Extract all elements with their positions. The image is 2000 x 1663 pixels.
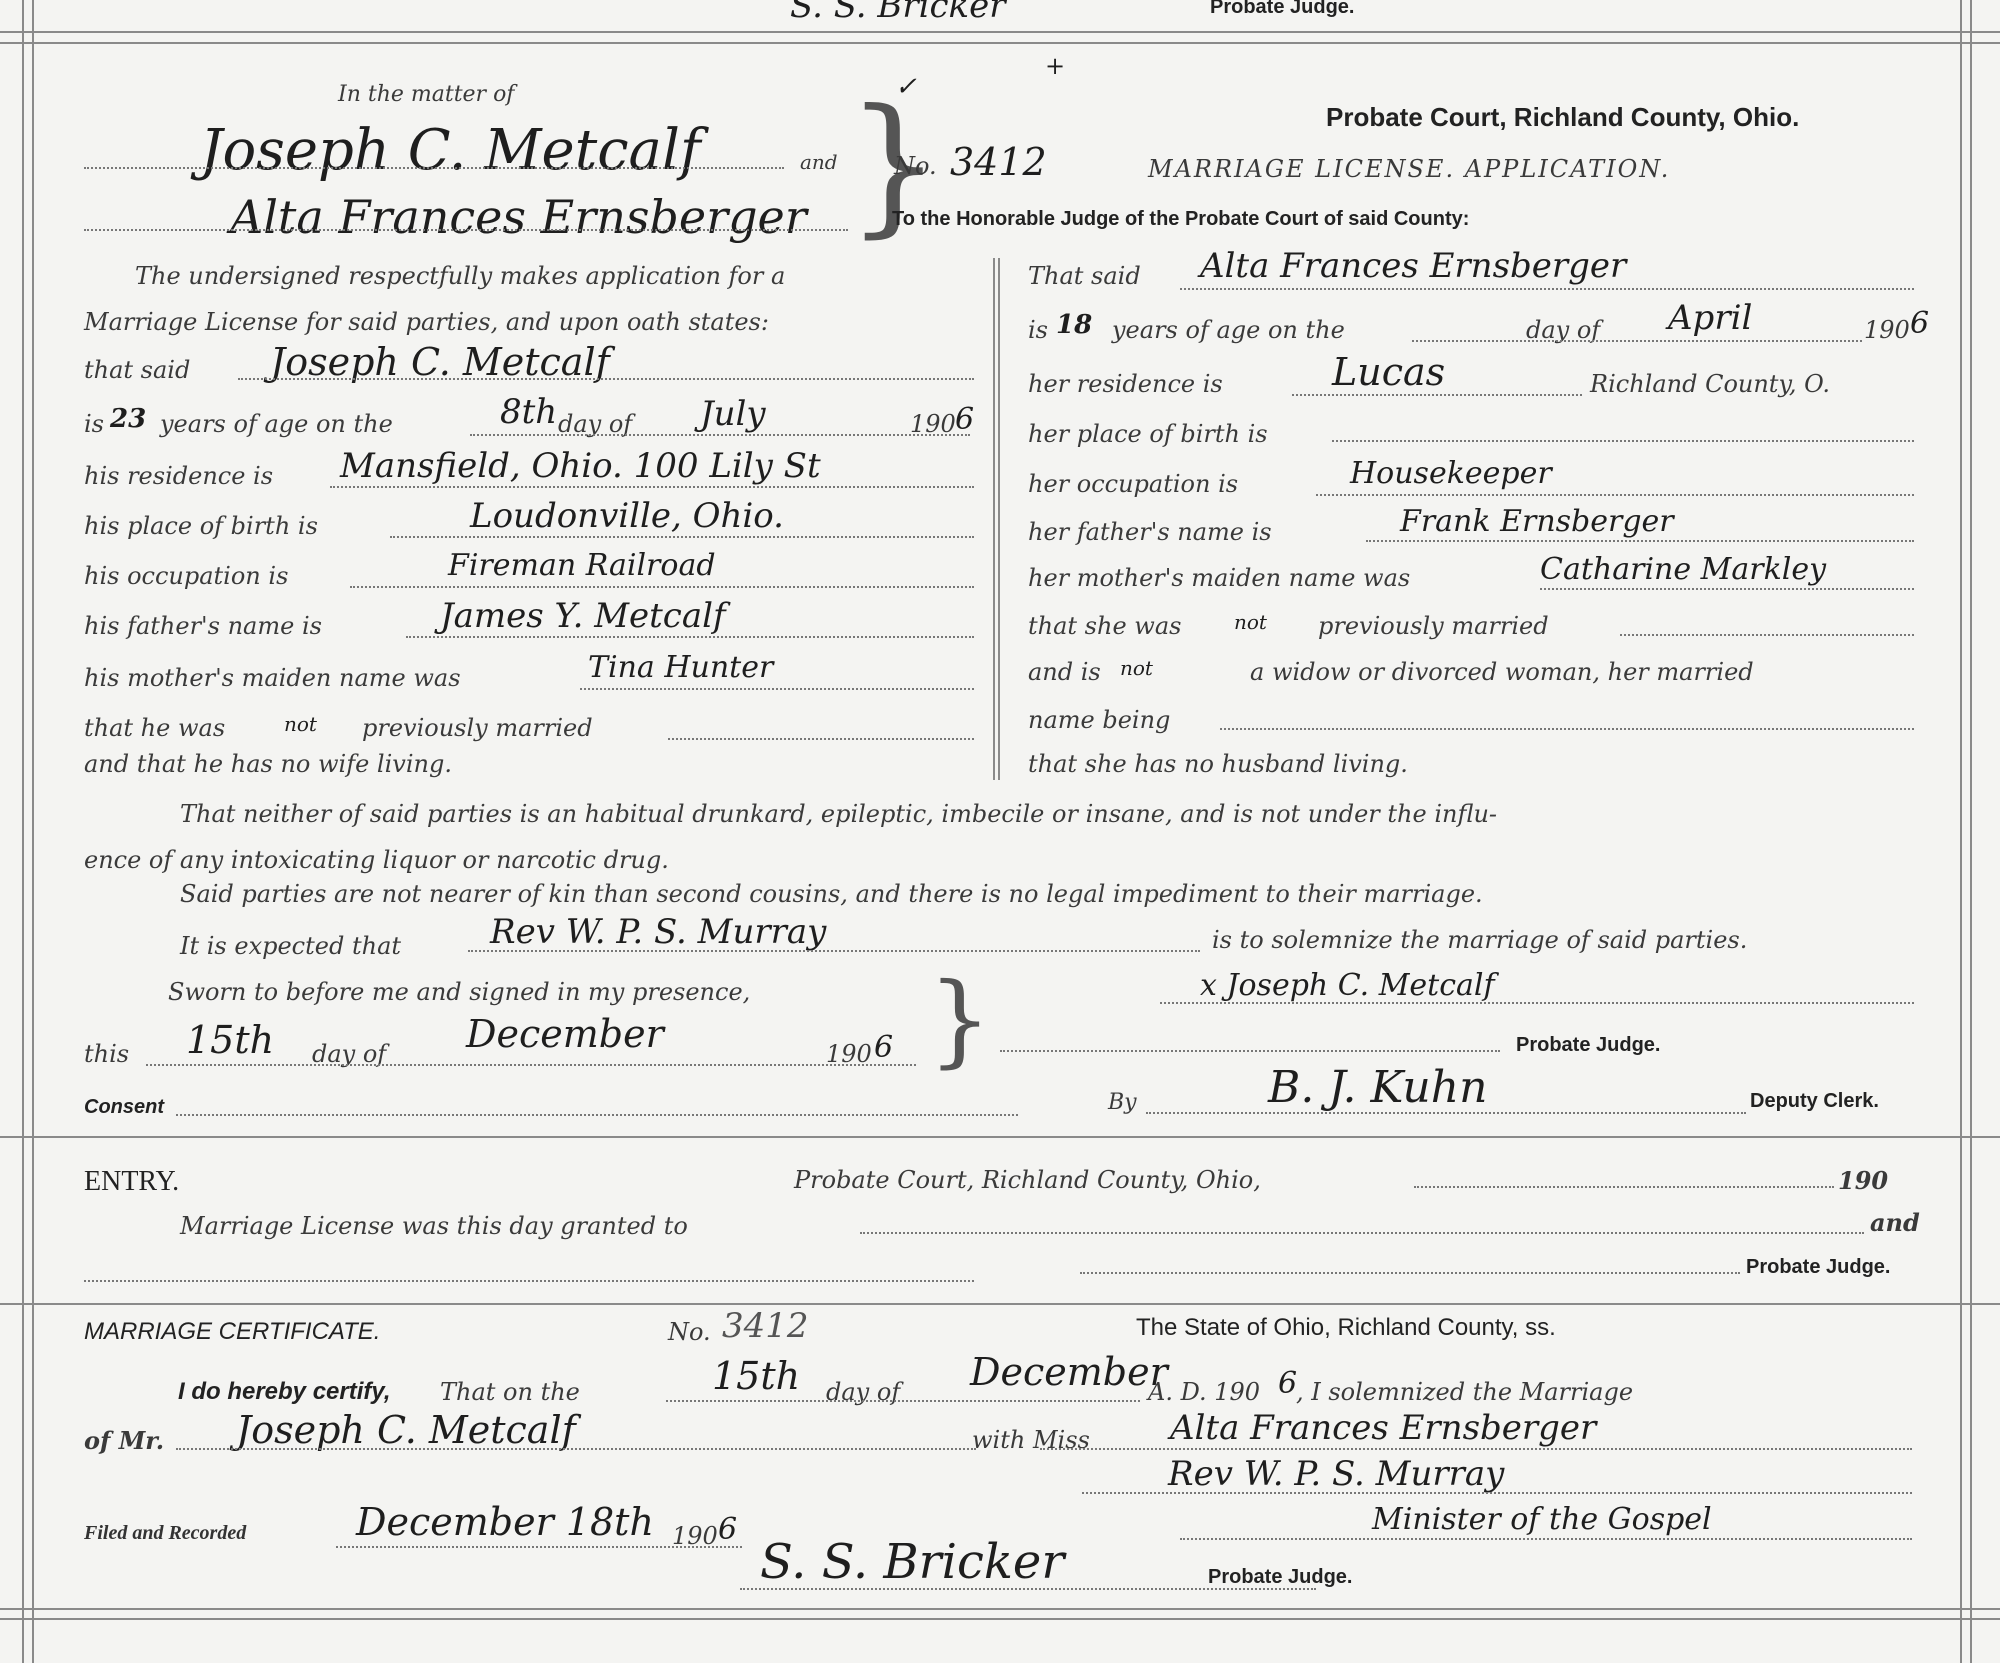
column-divider-2 — [998, 258, 1000, 780]
groom-father-line — [406, 636, 974, 638]
left-border-line-inner — [32, 0, 34, 1663]
filed-recorded-date-field: December 18th — [356, 1500, 654, 1544]
entry-granted-label: Marriage License was this day granted to — [180, 1212, 688, 1240]
probate-judge-line — [1000, 1050, 1500, 1052]
bride-name-line — [1180, 288, 1914, 290]
cross-mark-icon: + — [1045, 52, 1065, 80]
groom-birthplace-line — [390, 536, 974, 538]
groom-father-label: his father's name is — [84, 612, 322, 640]
in-matter-of-label: In the matter of — [338, 82, 514, 107]
bride-is-label: is — [1028, 316, 1048, 344]
certificate-officiant-signature: Rev W. P. S. Murray — [1168, 1454, 1504, 1494]
consent-line — [176, 1114, 1018, 1116]
entry-judge-line — [1080, 1272, 1740, 1274]
bride-occupation-line — [1316, 494, 1914, 496]
entry-rule-bottom — [0, 1303, 2000, 1305]
bride-prev-married-field: not — [1234, 610, 1267, 634]
groom-age-line — [470, 434, 970, 436]
bride-age-mid-label: years of age on the — [1112, 316, 1345, 344]
bride-prev-married-line — [1620, 634, 1914, 636]
sworn-day-field: 15th — [186, 1018, 274, 1062]
bride-age-field: 18 — [1056, 310, 1092, 340]
bride-father-line — [1366, 540, 1914, 542]
and-label: and — [800, 150, 838, 174]
certificate-officiant-title-line — [1180, 1538, 1912, 1540]
groom-prev-married-field: not — [284, 712, 317, 736]
right-border-line — [1960, 0, 1962, 1663]
certificate-no-label: No. — [668, 1318, 711, 1346]
bottom-rule-2 — [0, 1618, 2000, 1620]
bride-year-prefix: 190 — [1864, 316, 1910, 344]
header-groom-name: Joseph C. Metcalf — [200, 118, 701, 183]
filed-year-suffix-field: 6 — [718, 1512, 737, 1547]
bride-no-husband-statement: that she has no husband living. — [1028, 750, 1408, 778]
entry-probate-judge-label: Probate Judge. — [1746, 1256, 1890, 1279]
certificate-month-field: December — [970, 1350, 1168, 1394]
groom-father-field: James Y. Metcalf — [440, 596, 726, 636]
groom-age-field: 23 — [110, 404, 146, 434]
certificate-state-line: The State of Ohio, Richland County, ss. — [1136, 1314, 1556, 1342]
that-on-label: That on the — [440, 1378, 580, 1406]
application-intro-line2: Marriage License for said parties, and u… — [84, 308, 769, 336]
filed-recorded-line — [336, 1546, 742, 1548]
bride-birthplace-label: her place of birth is — [1028, 420, 1268, 448]
bride-name-being-line — [1220, 728, 1914, 730]
certify-bold-label: I do hereby certify, — [178, 1378, 391, 1406]
groom-occupation-field: Fireman Railroad — [448, 548, 716, 583]
certificate-day-field: 15th — [712, 1354, 800, 1398]
groom-prev-married-post-label: previously married — [362, 714, 593, 742]
bride-name-being-label: name being — [1028, 706, 1170, 734]
bride-mother-field: Catharine Markley — [1540, 552, 1826, 587]
entry-date-line — [1414, 1186, 1834, 1188]
bride-prev-married-label: that she was — [1028, 612, 1181, 640]
filed-recorded-label: Filed and Recorded — [84, 1522, 246, 1545]
certificate-officiant-title: Minister of the Gospel — [1372, 1502, 1712, 1537]
sworn-brace: } — [928, 970, 992, 1070]
officiant-field: Rev W. P. S. Murray — [490, 912, 826, 952]
certificate-bride-field: Alta Frances Ernsberger — [1170, 1408, 1596, 1448]
bottom-rule — [0, 1608, 2000, 1610]
sworn-year-suffix-field: 6 — [874, 1030, 893, 1065]
bride-birthplace-line — [1332, 440, 1914, 442]
certificate-date-line — [666, 1400, 1140, 1402]
entry-court-line: Probate Court, Richland County, Ohio, — [794, 1166, 1261, 1194]
bride-occupation-label: her occupation is — [1028, 470, 1238, 498]
entry-rule-top — [0, 1136, 2000, 1138]
groom-mother-label: his mother's maiden name was — [84, 664, 461, 692]
oath-line1: That neither of said parties is an habit… — [180, 800, 1497, 828]
bride-residence-county: Richland County, O. — [1590, 370, 1830, 398]
certificate-solemnized-label: , I solemnized the Marriage — [1296, 1378, 1633, 1406]
bride-residence-line — [1292, 394, 1582, 396]
groom-occupation-label: his occupation is — [84, 562, 288, 590]
sworn-statement: Sworn to before me and signed in my pres… — [168, 978, 750, 1006]
officiant-line — [468, 950, 1200, 952]
header-bride-line — [84, 229, 848, 231]
groom-prev-married-label: that he was — [84, 714, 225, 742]
groom-birthplace-label: his place of birth is — [84, 512, 318, 540]
groom-birthplace-field: Loudonville, Ohio. — [470, 496, 784, 536]
groom-no-wife-statement: and that he has no wife living. — [84, 750, 452, 778]
groom-mother-field: Tina Hunter — [588, 650, 773, 685]
solemnize-label: is to solemnize the marriage of said par… — [1212, 926, 1747, 954]
header-groom-line — [84, 167, 784, 169]
left-border-line — [22, 0, 24, 1663]
by-label: By — [1108, 1090, 1137, 1115]
bride-residence-label: her residence is — [1028, 370, 1223, 398]
officiant-label: It is expected that — [180, 932, 401, 960]
bride-mother-label: her mother's maiden name was — [1028, 564, 1410, 592]
applicant-signature: x Joseph C. Metcalf — [1200, 968, 1495, 1003]
groom-residence-field: Mansfield, Ohio. 100 Lily St — [340, 446, 821, 486]
bride-father-field: Frank Ernsberger — [1400, 504, 1674, 539]
bride-widow-label: and is — [1028, 658, 1101, 686]
clerk-signature-line — [1146, 1112, 1746, 1114]
groom-prev-married-line — [668, 738, 974, 740]
oath-line3: Said parties are not nearer of kin than … — [180, 880, 1483, 908]
groom-name-line — [238, 378, 974, 380]
license-no-label: No. — [894, 152, 937, 180]
sworn-date-line — [146, 1064, 916, 1066]
entry-names-line — [84, 1280, 974, 1282]
oath-line2: ence of any intoxicating liquor or narco… — [84, 846, 669, 874]
certificate-probate-judge-label: Probate Judge. — [1208, 1566, 1352, 1589]
groom-mother-line — [580, 688, 974, 690]
deputy-clerk-label: Deputy Clerk. — [1750, 1090, 1879, 1113]
bride-age-line — [1412, 340, 1862, 342]
right-border-line-outer — [1970, 0, 1972, 1663]
of-mr-label: of Mr. — [84, 1426, 164, 1455]
certificate-groom-line — [176, 1448, 976, 1450]
certificate-judge-signature: S. S. Bricker — [760, 1534, 1064, 1590]
groom-year-suffix-field: 6 — [955, 402, 974, 437]
entry-granted-line — [860, 1232, 1864, 1234]
bride-occupation-field: Housekeeper — [1350, 456, 1552, 491]
header-bride-name: Alta Frances Ernsberger — [230, 190, 807, 244]
to-honorable-judge: To the Honorable Judge of the Probate Co… — [892, 208, 1469, 231]
clerk-signature: B. J. Kuhn — [1268, 1062, 1487, 1113]
groom-occupation-line — [350, 586, 974, 588]
consent-label: Consent — [84, 1096, 164, 1119]
top-rule-2 — [0, 42, 2000, 44]
certificate-groom-field: Joseph C. Metcalf — [236, 1408, 576, 1452]
groom-that-said-label: that said — [84, 356, 190, 384]
bride-residence-field: Lucas — [1332, 350, 1445, 394]
prior-probate-judge-label: Probate Judge. — [1210, 0, 1354, 19]
prior-judge-signature: S. S. Bricker — [790, 0, 1006, 26]
column-divider — [993, 258, 995, 780]
groom-birthday-day-field: 8th — [500, 392, 557, 432]
certificate-number: 3412 — [722, 1306, 809, 1346]
entry-and-label: and — [1870, 1208, 1920, 1237]
application-intro-line1: The undersigned respectfully makes appli… — [135, 262, 785, 290]
top-rule — [0, 31, 2000, 33]
bride-name-field: Alta Frances Ernsberger — [1200, 246, 1626, 286]
court-title: Probate Court, Richland County, Ohio. — [1326, 102, 1799, 133]
form-title: MARRIAGE LICENSE. APPLICATION. — [1148, 155, 1670, 183]
certificate-year-suffix-field: 6 — [1278, 1366, 1297, 1401]
bride-year-suffix-field: 6 — [1910, 306, 1929, 341]
sworn-month-field: December — [466, 1012, 664, 1056]
bride-that-said-label: That said — [1028, 262, 1141, 290]
groom-age-mid-label: years of age on the — [160, 410, 393, 438]
oath-probate-judge-label: Probate Judge. — [1516, 1034, 1660, 1057]
entry-year-label: 190 — [1838, 1166, 1888, 1195]
certificate-ad-label: A. D. 190 — [1148, 1378, 1260, 1406]
bride-widow-field: not — [1120, 656, 1153, 680]
bride-mother-line — [1540, 588, 1914, 590]
applicant-signature-line — [1160, 1002, 1914, 1004]
check-mark-icon: ✓ — [895, 72, 917, 102]
bride-birthday-month-field: April — [1668, 298, 1752, 338]
groom-birthday-month-field: July — [700, 394, 766, 434]
sworn-this-label: this — [84, 1040, 129, 1068]
groom-residence-label: his residence is — [84, 462, 273, 490]
certificate-title: MARRIAGE CERTIFICATE. — [84, 1318, 380, 1346]
entry-title: ENTRY. — [84, 1166, 179, 1198]
groom-residence-line — [330, 486, 974, 488]
bride-widow-post-label: a widow or divorced woman, her married — [1250, 658, 1754, 686]
certificate-officiant-line — [1082, 1492, 1912, 1494]
bride-father-label: her father's name is — [1028, 518, 1272, 546]
certificate-bride-line — [1040, 1448, 1912, 1450]
groom-is-label: is — [84, 410, 104, 438]
bride-prev-married-post-label: previously married — [1318, 612, 1549, 640]
license-number: 3412 — [950, 140, 1047, 184]
